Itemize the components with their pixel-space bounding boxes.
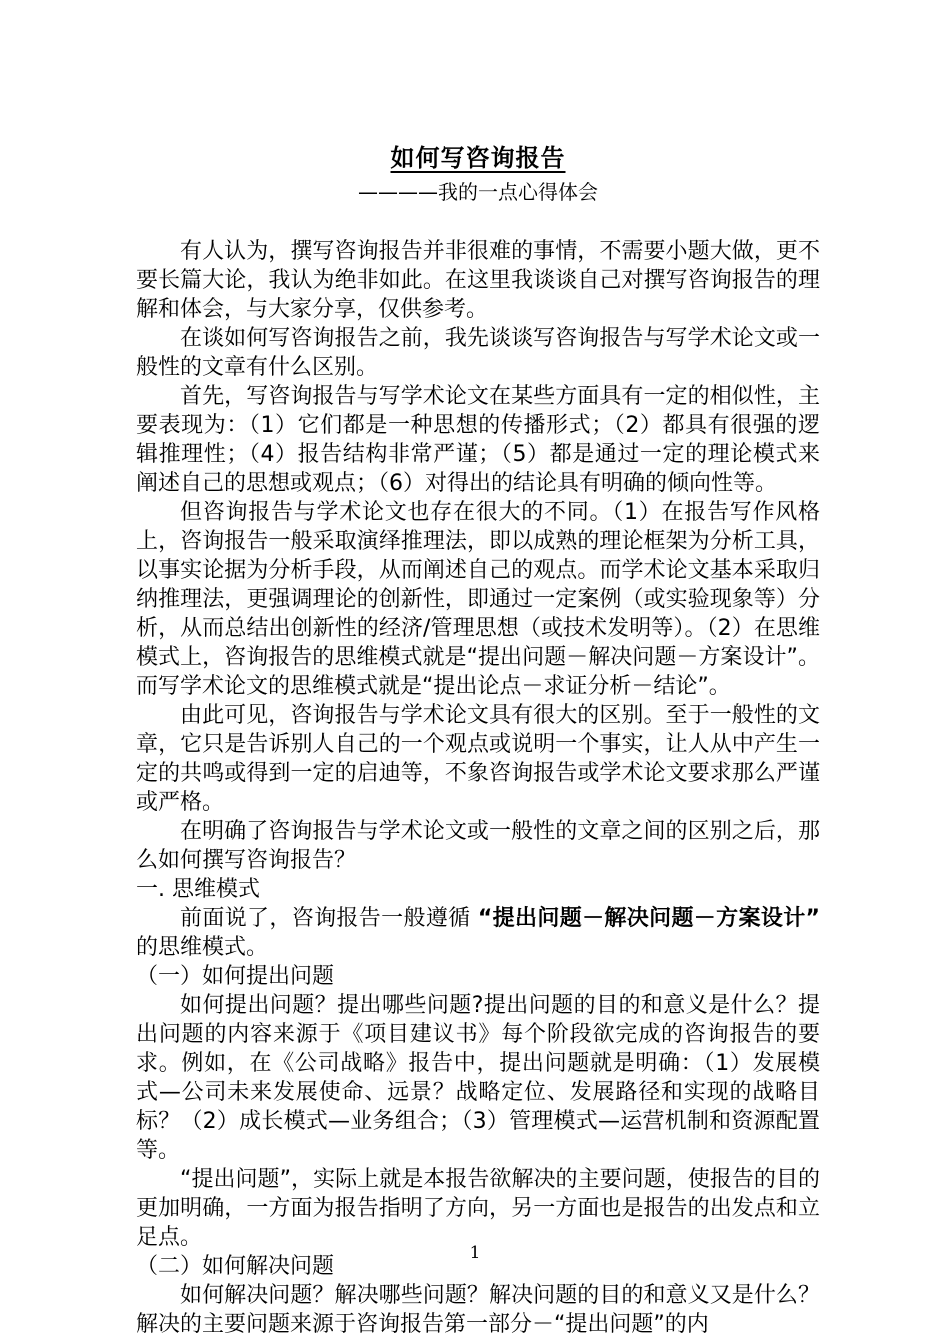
subsection-heading-raise-questions: （一）如何提出问题 bbox=[136, 962, 820, 991]
paragraph-conclusion-diff: 由此可见，咨询报告与学术论文具有很大的区别。至于一般性的文章，它只是告诉别人自己… bbox=[136, 701, 820, 817]
document-title-text: 如何写咨询报告 bbox=[391, 144, 566, 172]
document-title: 如何写咨询报告 bbox=[136, 143, 820, 173]
paragraph-intro: 有人认为，撰写咨询报告并非很难的事情，不需要小题大做，更不要长篇大论，我认为绝非… bbox=[136, 237, 820, 324]
paragraph-model-post: 的思维模式。 bbox=[136, 935, 268, 960]
paragraph-solve-problems: 如何解决问题？解决哪些问题？解决问题的目的和意义又是什么？解决的主要问题来源于咨… bbox=[136, 1281, 820, 1339]
paragraph-raise-questions-meaning: “提出问题”，实际上就是本报告欲解决的主要问题，使报告的目的更加明确，一方面为报… bbox=[136, 1165, 820, 1252]
paragraph-model-pre: 前面说了，咨询报告一般遵循 bbox=[180, 906, 478, 931]
document-page: 如何写咨询报告 ————我的一点心得体会 有人认为，撰写咨询报告并非很难的事情，… bbox=[0, 0, 950, 1344]
section-heading-thinking-model: 一. 思维模式 bbox=[136, 875, 820, 904]
paragraph-model-bold-phrase: “提出问题－解决问题－方案设计” bbox=[478, 906, 820, 931]
paragraph-raise-questions: 如何提出问题？提出哪些问题?提出问题的目的和意义是什么？提出问题的内容来源于《项… bbox=[136, 991, 820, 1165]
page-number: 1 bbox=[0, 1243, 950, 1263]
document-subtitle: ————我的一点心得体会 bbox=[136, 179, 820, 205]
document-body: 有人认为，撰写咨询报告并非很难的事情，不需要小题大做，更不要长篇大论，我认为绝非… bbox=[136, 237, 820, 1339]
document-content: 如何写咨询报告 ————我的一点心得体会 有人认为，撰写咨询报告并非很难的事情，… bbox=[136, 143, 820, 1339]
paragraph-question: 在明确了咨询报告与学术论文或一般性的文章之间的区别之后，那么如何撰写咨询报告？ bbox=[136, 817, 820, 875]
paragraph-transition: 在谈如何写咨询报告之前，我先谈谈写咨询报告与写学术论文或一般性的文章有什么区别。 bbox=[136, 324, 820, 382]
paragraph-model: 前面说了，咨询报告一般遵循 “提出问题－解决问题－方案设计” 的思维模式。 bbox=[136, 904, 820, 962]
paragraph-similarities: 首先，写咨询报告与写学术论文在某些方面具有一定的相似性，主要表现为：（1）它们都… bbox=[136, 382, 820, 498]
paragraph-differences: 但咨询报告与学术论文也存在很大的不同。（1）在报告写作风格上，咨询报告一般采取演… bbox=[136, 498, 820, 701]
